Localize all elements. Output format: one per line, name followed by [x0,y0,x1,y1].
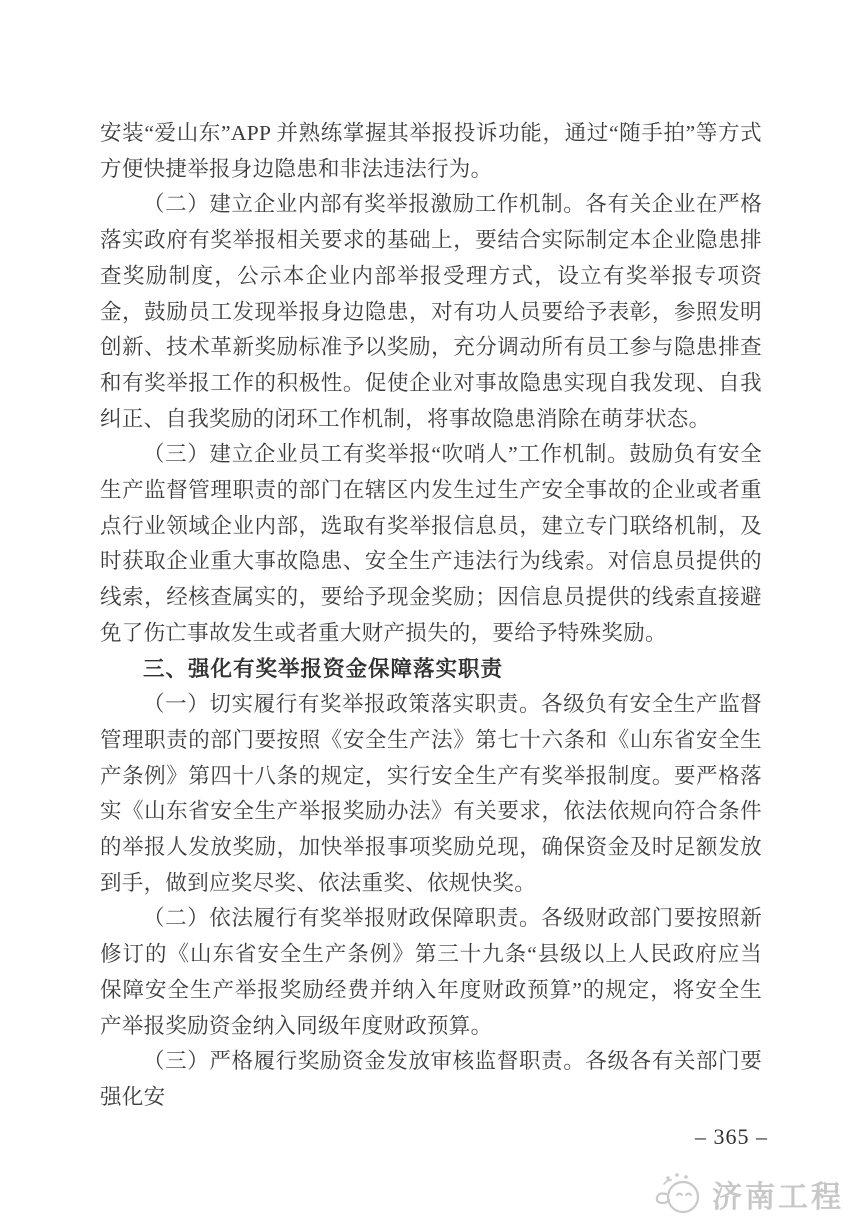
watermark-label: 济南工程 [712,1172,844,1216]
publisher-watermark: 济南工程 [650,1170,844,1218]
paragraph-continuation: 安装“爱山东”APP 并熟练掌握其举报投诉功能，通过“随手拍”等方式方便快捷举报… [100,116,762,187]
paragraph-item-3b: （三）严格履行奖励资金发放审核监督职责。各级各有关部门要强化安 [100,1044,762,1115]
paragraph-item-2b: （二）依法履行有奖举报财政保障职责。各级财政部门要按照新修订的《山东省安全生产条… [100,901,762,1044]
paragraph-item-3: （三）建立企业员工有奖举报“吹哨人”工作机制。鼓励负有安全生产监督管理职责的部门… [100,437,762,651]
document-page: 安装“爱山东”APP 并熟练掌握其举报投诉功能，通过“随手拍”等方式方便快捷举报… [0,0,856,1225]
megaphone-face-icon [650,1170,706,1218]
paragraph-item-1b: （一）切实履行有奖举报政策落实职责。各级负有安全生产监督管理职责的部门要按照《安… [100,687,762,901]
document-body: 安装“爱山东”APP 并熟练掌握其举报投诉功能，通过“随手拍”等方式方便快捷举报… [100,116,762,1116]
section-heading: 三、强化有奖举报资金保障落实职责 [100,652,762,688]
page-number: – 365 – [695,1124,768,1150]
paragraph-item-2: （二）建立企业内部有奖举报激励工作机制。各有关企业在严格落实政府有奖举报相关要求… [100,187,762,437]
